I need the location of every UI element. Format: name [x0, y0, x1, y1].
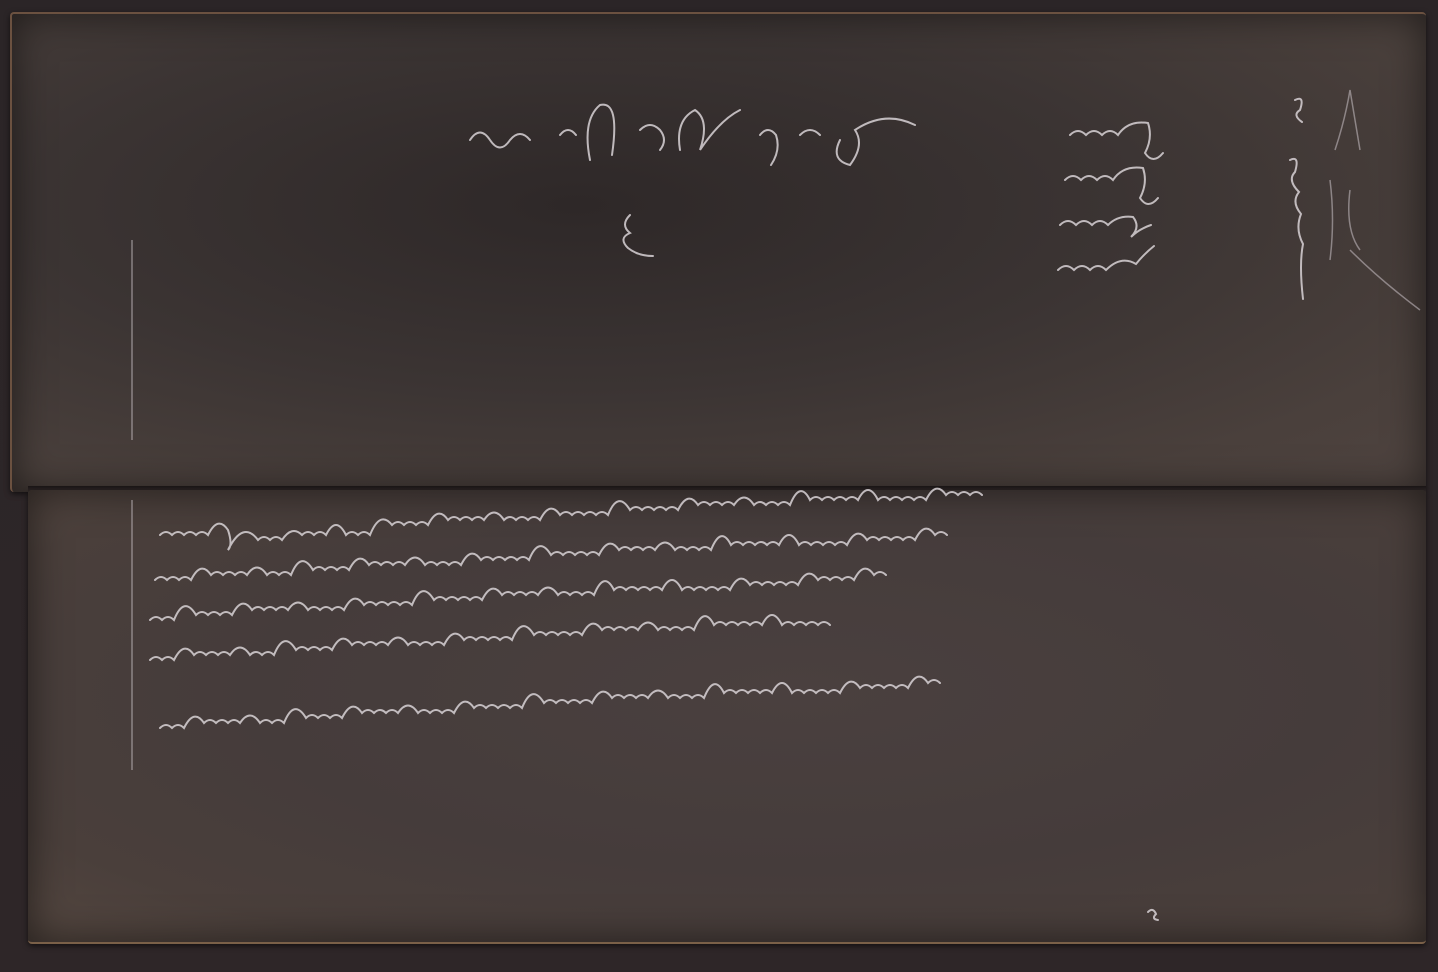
lower-script-lines [150, 489, 982, 728]
numeral-mark [623, 215, 653, 256]
margin-marks [1290, 90, 1420, 310]
heading-script-line [470, 105, 915, 165]
side-list [1058, 123, 1163, 271]
corner-mark [1148, 910, 1158, 920]
inscriptions [0, 0, 1438, 972]
